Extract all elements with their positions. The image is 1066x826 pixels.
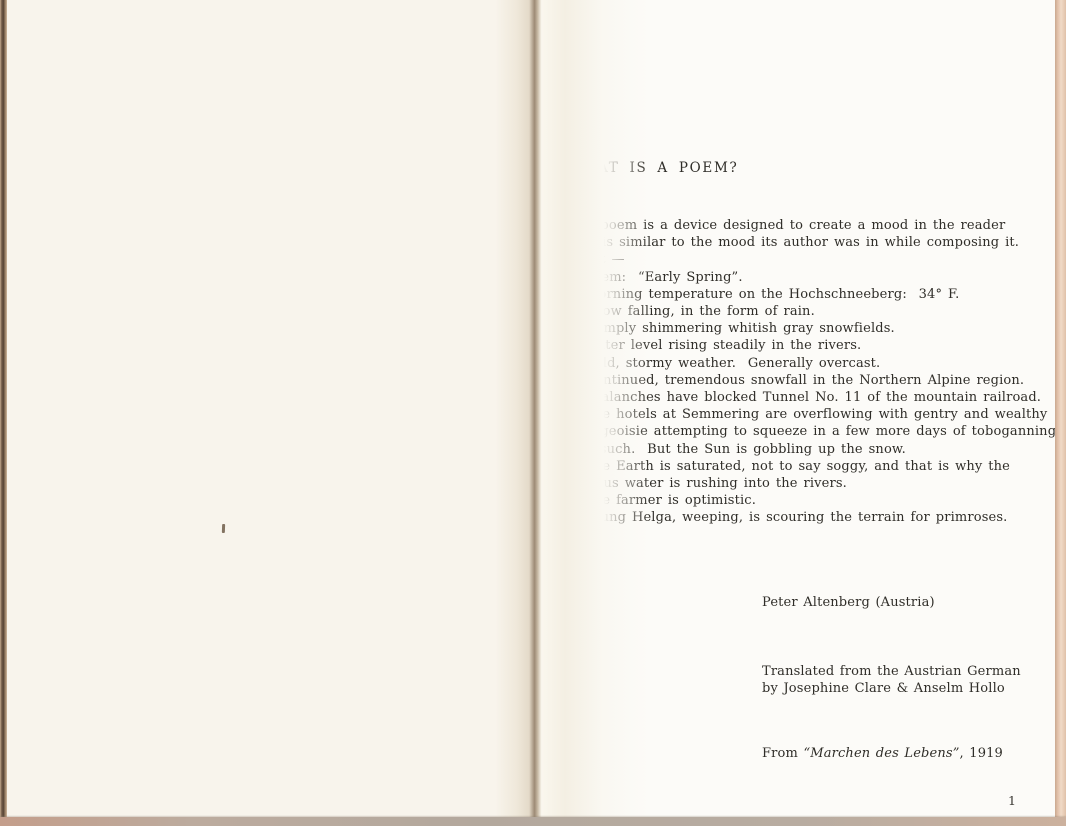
source-title: “Marchen des Lebens” — [803, 746, 959, 761]
author-line: Peter Altenberg (Austria) — [762, 594, 1021, 611]
translator-lines: Translated from the Austrian Germanby Jo… — [762, 663, 1021, 697]
poem-line: Right — — [569, 251, 1056, 268]
poem-line: A poem is a device designed to create a … — [569, 217, 1056, 234]
left-page-blank — [7, 0, 538, 818]
translator-line-1: Translated from the Austrian German — [762, 664, 1021, 679]
attribution-block: Peter Altenberg (Austria) Translated fro… — [762, 560, 1021, 796]
poem-body: A poem is a device designed to create a … — [569, 217, 1056, 527]
scan-bottom-edge — [0, 817, 1066, 826]
poem-line: The farmer is optimistic. — [569, 492, 1056, 509]
ink-speck — [222, 524, 225, 533]
right-page: WHAT IS A POEM? A poem is a device desig… — [538, 0, 1058, 818]
book-scan: WHAT IS A POEM? A poem is a device desig… — [0, 0, 1066, 826]
source-suffix: , 1919 — [960, 746, 1003, 761]
poem-line: Avalanches have blocked Tunnel No. 11 of… — [569, 389, 1056, 406]
poem-line: Snow falling, in the form of rain. — [569, 303, 1056, 320]
poem-line: Poem: “Early Spring”. — [569, 269, 1056, 286]
poem-line: that is similar to the mood its author w… — [569, 234, 1056, 251]
poem-line: surplus water is rushing into the rivers… — [569, 475, 1056, 492]
translator-line-2: by Josephine Clare & Anselm Hollo — [762, 681, 1005, 696]
poem-line: Continued, tremendous snowfall in the No… — [569, 372, 1056, 389]
page-title: WHAT IS A POEM? — [569, 160, 738, 176]
poem-line: The hotels at Semmering are overflowing … — [569, 406, 1056, 423]
poem-line: Damply shimmering whitish gray snowfield… — [569, 320, 1056, 337]
source-prefix: From — [762, 746, 803, 761]
poem-line: Mild, stormy weather. Generally overcast… — [569, 355, 1056, 372]
poem-line: Water level rising steadily in the river… — [569, 337, 1056, 354]
page-stack-edge — [1055, 0, 1066, 826]
source-line: From “Marchen des Lebens”, 1919 — [762, 745, 1021, 762]
poem-line: Morning temperature on the Hochschneeber… — [569, 286, 1056, 303]
scan-left-edge — [0, 0, 7, 826]
page-number: 1 — [1008, 793, 1016, 808]
poem-line: bourgeoisie attempting to squeeze in a f… — [569, 423, 1056, 440]
poem-line: and such. But the Sun is gobbling up the… — [569, 441, 1056, 458]
poem-line: Young Helga, weeping, is scouring the te… — [569, 509, 1056, 526]
poem-line: The Earth is saturated, not to say soggy… — [569, 458, 1056, 475]
